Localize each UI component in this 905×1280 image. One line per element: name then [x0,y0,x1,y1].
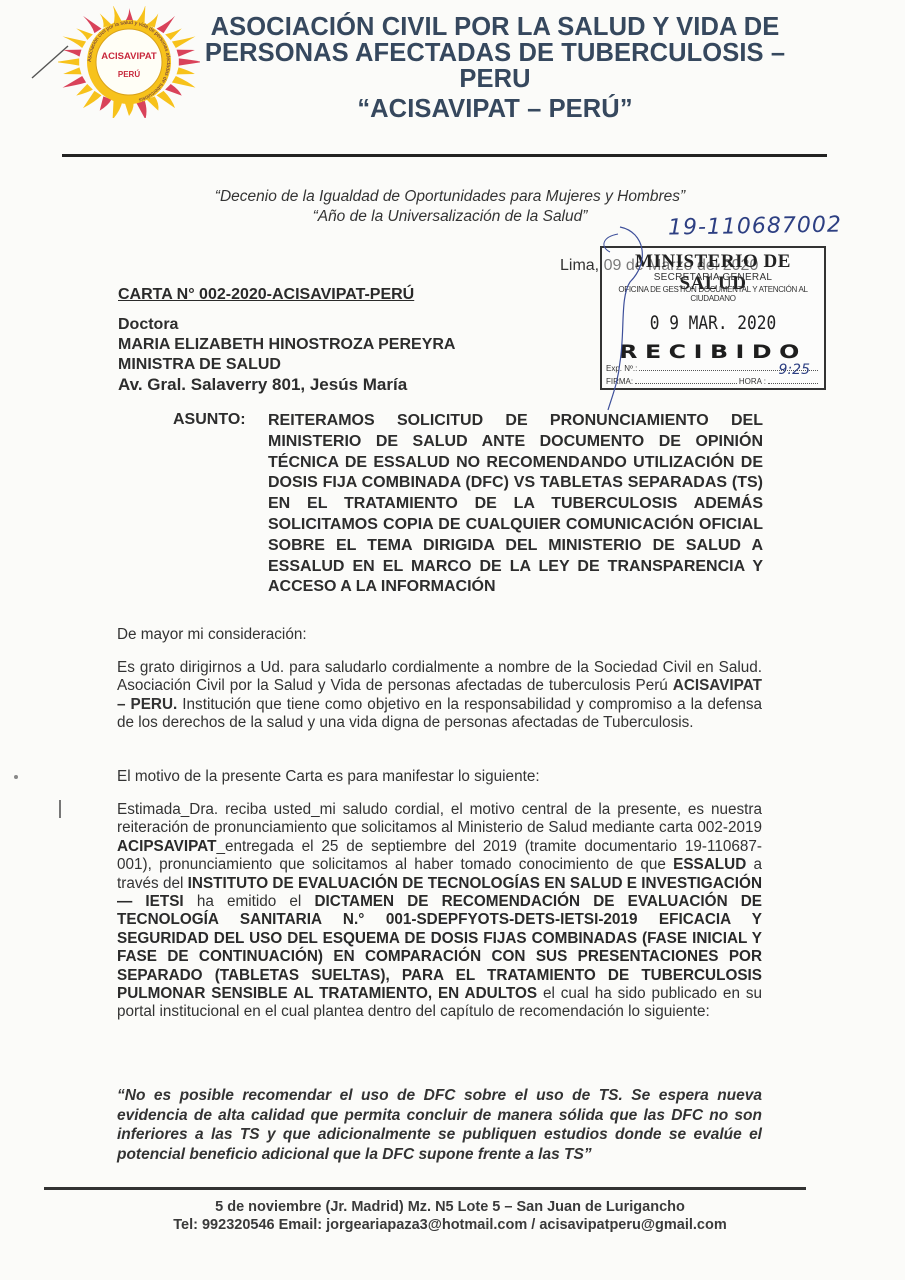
intro-text-c: Institución que tiene como objetivo en l… [117,696,762,731]
greeting: De mayor mi consideración: [117,626,762,644]
subject-label: ASUNTO: [173,411,246,429]
main-bold-2: ESSALUD [673,856,746,873]
main-paragraph: Estimada_Dra. reciba usted_mi saludo cor… [117,801,762,1022]
title-line-2: PERSONAS AFECTADAS DE TUBERCULOSIS – [200,40,790,66]
title-line-1: ASOCIACIÓN CIVIL POR LA SALUD Y VIDA DE [200,14,790,40]
title-line-3: PERU [200,66,790,92]
signature-scribble [590,222,670,412]
sun-logo-icon: ACISAVIPAT PERÚ Asociación civil por la … [58,6,200,118]
letter-reference: CARTA N° 002-2020-ACISAVIPAT-PERÚ [118,286,414,304]
purpose-paragraph: El motivo de la presente Carta es para m… [117,768,762,786]
organization-acronym: “ACISAVIPAT – PERÚ” [200,96,790,122]
stamp-hora-dots [768,383,818,384]
official-motto: “Decenio de la Igualdad de Oportunidades… [150,187,750,227]
scan-speck [14,775,18,779]
organization-logo: ACISAVIPAT PERÚ Asociación civil por la … [58,6,200,118]
logo-sub-text: PERÚ [118,70,140,79]
header-divider [62,154,827,157]
handwritten-file-number: 19-110687002 [668,212,842,240]
addressee-position: MINISTRA DE SALUD [118,355,455,375]
stamp-hora-label: HORA : [739,377,766,386]
addressee-address: Av. Gral. Salaverry 801, Jesús María [118,375,455,395]
intro-paragraph: Es grato dirigirnos a Ud. para saludarlo… [117,659,762,733]
main-text-1: Estimada_Dra. reciba usted_mi saludo cor… [117,801,762,836]
addressee-block: Doctora MARIA ELIZABETH HINOSTROZA PEREY… [118,315,455,395]
motto-line-1: “Decenio de la Igualdad de Oportunidades… [150,187,750,207]
subject-text: REITERAMOS SOLICITUD DE PRONUNCIAMIENTO … [268,411,763,598]
main-bold-1: ACIPSAVIPAT [117,838,216,855]
footer-address: 5 de noviembre (Jr. Madrid) Mz. N5 Lote … [100,1198,800,1216]
addressee-title: Doctora [118,315,455,335]
footer-divider [44,1187,806,1190]
stamp-hora-value: 9:25 [779,362,810,378]
logo-center-text: ACISAVIPAT [101,51,157,62]
margin-mark [59,800,61,818]
addressee-name: MARIA ELIZABETH HINOSTROZA PEREYRA [118,335,455,355]
organization-title: ASOCIACIÓN CIVIL POR LA SALUD Y VIDA DE … [200,14,790,122]
footer: 5 de noviembre (Jr. Madrid) Mz. N5 Lote … [100,1198,800,1234]
intro-text-a: Es grato dirigirnos a Ud. para saludarlo… [117,659,762,694]
main-text-4: ha emitido el [184,893,315,910]
footer-contact: Tel: 992320546 Email: jorgeariapaza3@hot… [100,1216,800,1234]
quoted-recommendation: “No es posible recomendar el uso de DFC … [117,1086,762,1164]
